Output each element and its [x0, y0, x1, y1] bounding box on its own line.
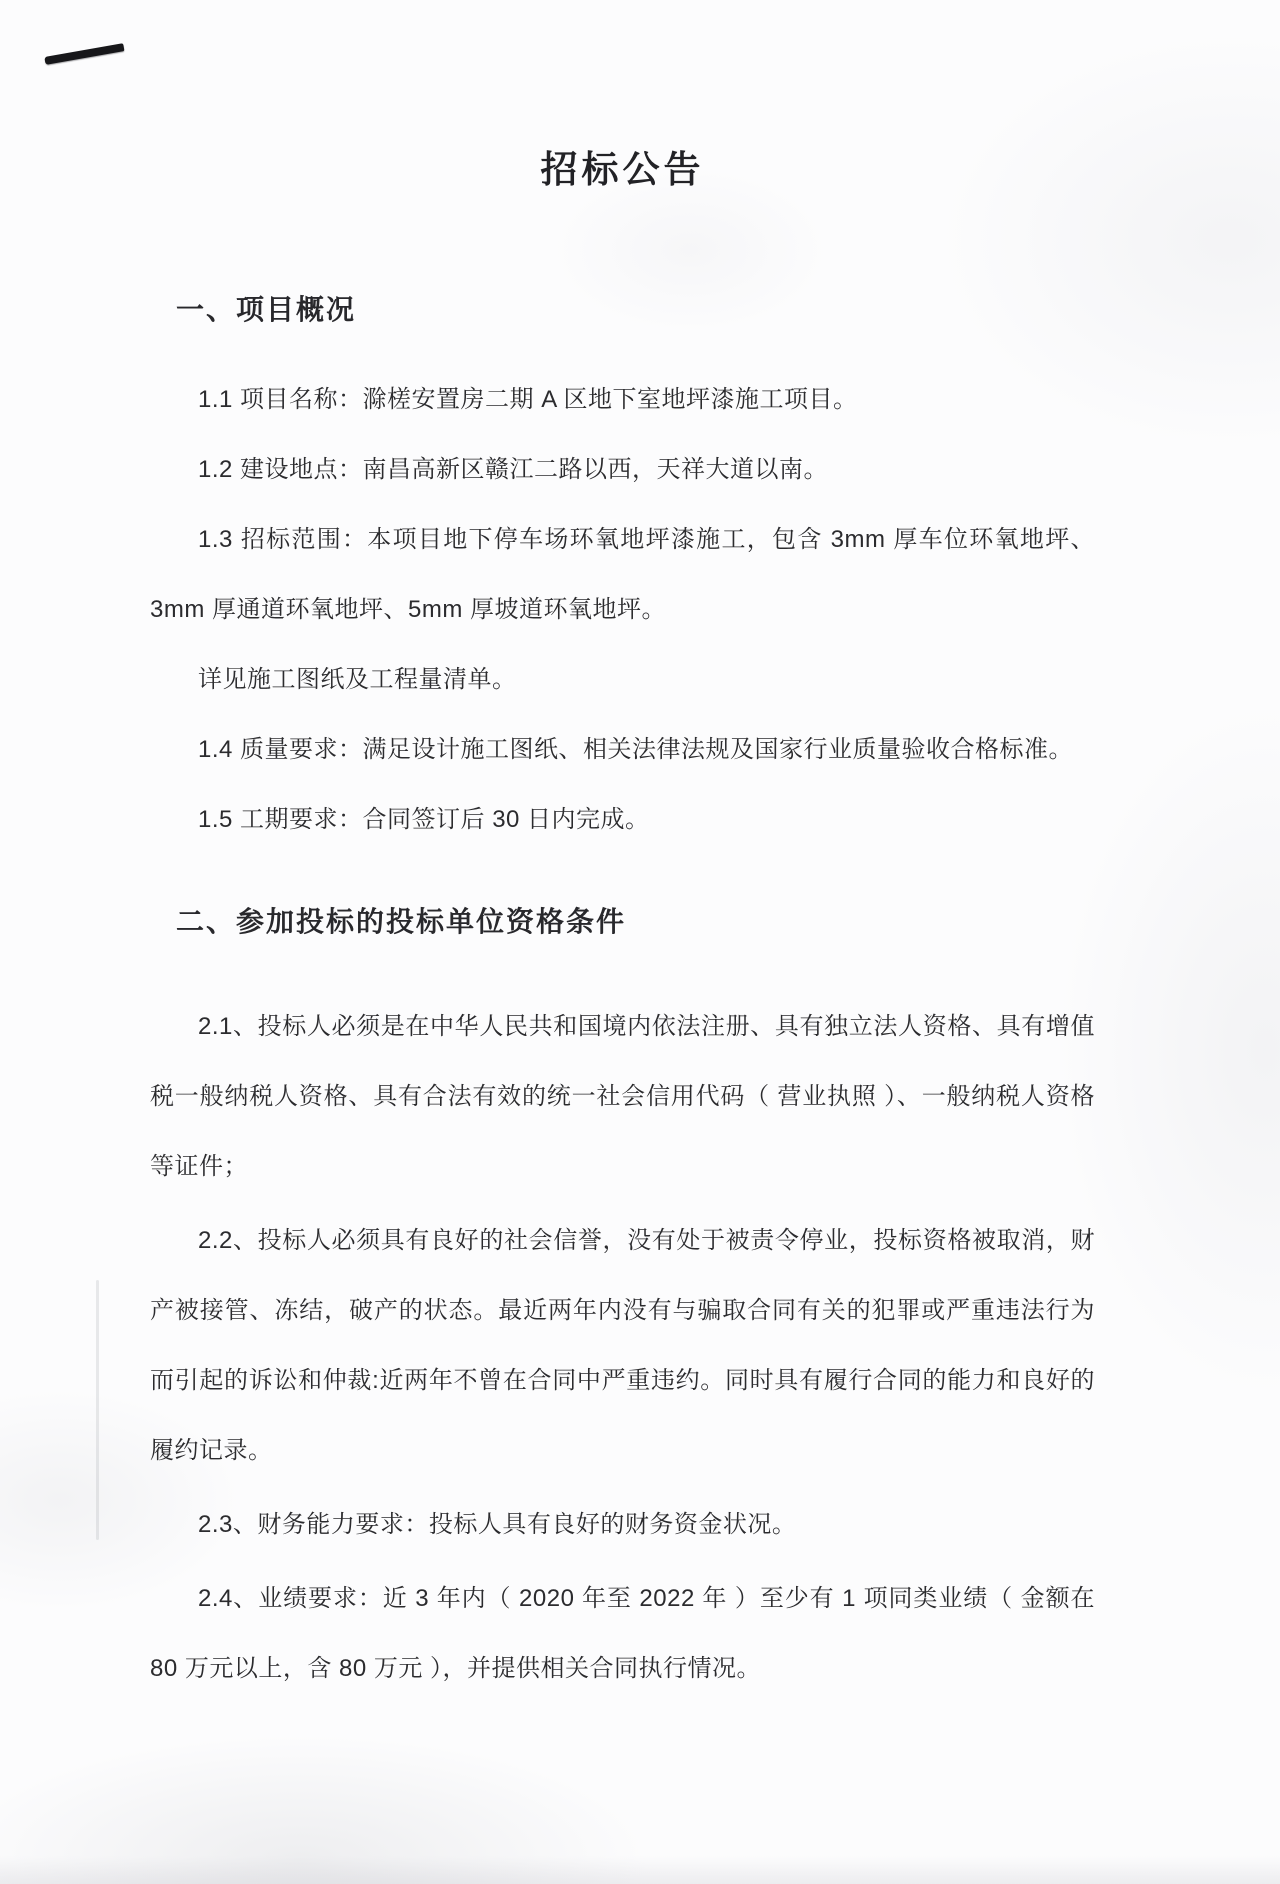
section-2-heading: 二、参加投标的投标单位资格条件	[150, 900, 1095, 944]
document-body: 招标公告 一、项目概况 1.1 项目名称：滁槎安置房二期 A 区地下室地坪漆施工…	[0, 0, 1280, 1704]
document-title: 招标公告	[150, 145, 1095, 197]
paragraph-see-drawings-note: 详见施工图纸及工程量清单。	[150, 645, 1095, 715]
paragraph-quality-requirement: 1.4 质量要求：满足设计施工图纸、相关法律法规及国家行业质量验收合格标准。	[150, 715, 1095, 785]
paragraph-schedule-requirement: 1.5 工期要求：合同签订后 30 日内完成。	[150, 785, 1095, 855]
section-1-heading: 一、项目概况	[150, 288, 1095, 332]
paragraph-tender-scope: 1.3 招标范围：本项目地下停车场环氧地坪漆施工，包含 3mm 厚车位环氧地坪、…	[150, 505, 1095, 645]
paragraph-qualification-registration: 2.1、投标人必须是在中华人民共和国境内依法注册、具有独立法人资格、具有增值税一…	[150, 992, 1095, 1202]
paragraph-qualification-reputation: 2.2、投标人必须具有良好的社会信誉，没有处于被责令停业，投标资格被取消，财产被…	[150, 1206, 1095, 1486]
paragraph-qualification-finance: 2.3、财务能力要求：投标人具有良好的财务资金状况。	[150, 1490, 1095, 1560]
paragraph-construction-site: 1.2 建设地点：南昌高新区赣江二路以西，天祥大道以南。	[150, 435, 1095, 505]
paragraph-qualification-performance: 2.4、业绩要求：近 3 年内（ 2020 年至 2022 年 ）至少有 1 项…	[150, 1564, 1095, 1704]
scanned-page: { "page": { "title": "招标公告", "paper_colo…	[0, 0, 1280, 1884]
paragraph-project-name: 1.1 项目名称：滁槎安置房二期 A 区地下室地坪漆施工项目。	[150, 365, 1095, 435]
